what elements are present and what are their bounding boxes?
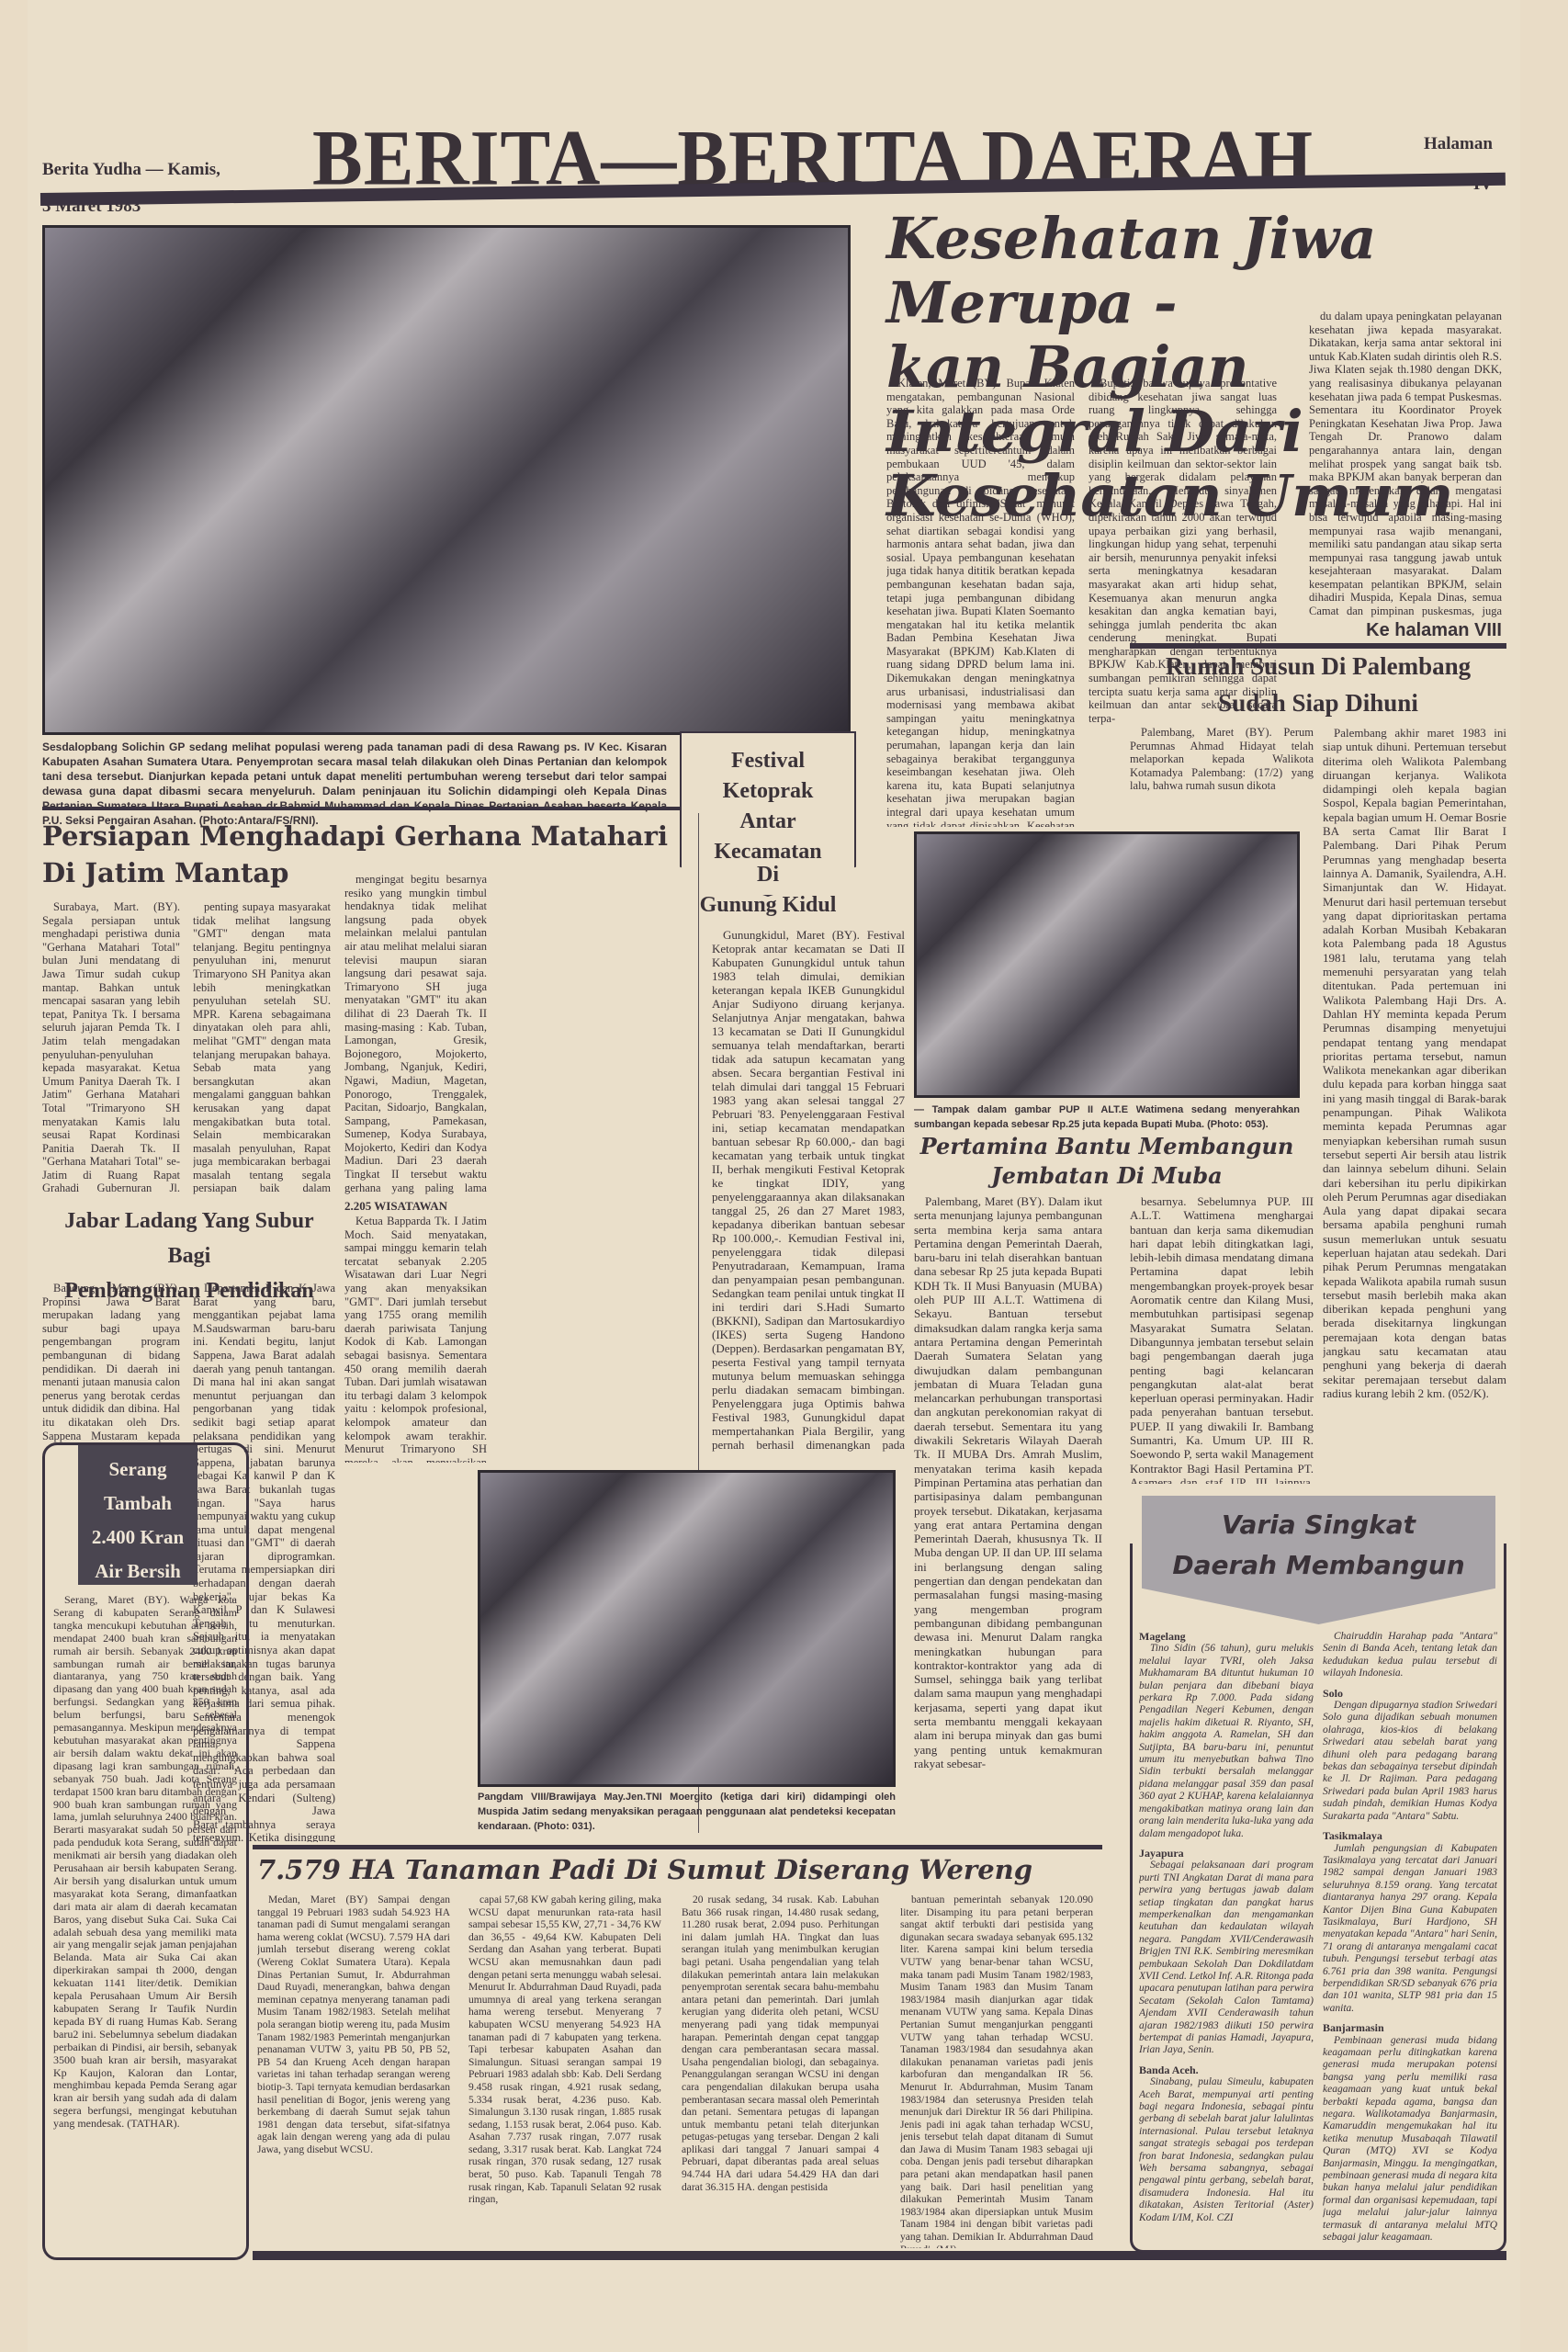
varia-headline-line1: Varia Singkat bbox=[1142, 1505, 1495, 1545]
varia-col2: Chairuddin Harahap pada "Antara" Senin d… bbox=[1323, 1631, 1497, 2251]
section-rule bbox=[42, 807, 685, 810]
jabar-col1: Bandung, Maret (BY). Propinsi Jawa Barat… bbox=[42, 1282, 180, 1442]
photo-pertamina-caption: — Tampak dalam gambar PUP II ALT.E Watim… bbox=[914, 1102, 1300, 1132]
varia-place-banda-aceh: Banda Aceh. bbox=[1139, 2064, 1314, 2076]
serang-headline-line2: Tambah bbox=[78, 1487, 197, 1521]
kesehatan-col3: du dalam upaya peningkatan pelayanan kes… bbox=[1309, 310, 1502, 617]
newspaper-page: Berita Yudha — Kamis, 3 Maret 1983 BERIT… bbox=[28, 0, 1520, 2352]
rumah-susun-headline-line1: Rumah Susun Di Palembang bbox=[1130, 648, 1506, 684]
wereng-headline: 7.579 HA Tanaman Padi Di Sumut Diserang … bbox=[257, 1851, 1102, 1888]
gerhana-col1: Surabaya, Mart. (BY). Segala persiapan u… bbox=[42, 900, 180, 1194]
serang-headline-line4: Air Bersih bbox=[78, 1555, 197, 1589]
wereng-col1: Medan, Maret (BY) Sampai dengan tanggal … bbox=[257, 1894, 450, 2248]
gerhana-col3: mengingat begitu besarnya resiko yang mu… bbox=[344, 873, 487, 1194]
varia-item: Tino Sidin (56 tahun), guru melukis mela… bbox=[1139, 1643, 1314, 1840]
rumah-susun-headline: Rumah Susun Di Palembang Sudah Siap Dihu… bbox=[1130, 648, 1506, 721]
festival-headline-line6: Gunung Kidul bbox=[680, 890, 856, 921]
serang-headline-line1: Serang bbox=[78, 1453, 197, 1487]
pertamina-col1: Palembang, Maret (BY). Dalam ikut serta … bbox=[914, 1194, 1102, 1828]
rumah-susun-col2: Palembang akhir maret 1983 ini siap untu… bbox=[1323, 726, 1506, 1475]
gerhana-headline-line1: Persiapan Menghadapi Gerhana Matahari bbox=[42, 818, 676, 854]
serang-headline: Serang Tambah 2.400 Kran Air Bersih bbox=[78, 1445, 197, 1585]
photo-pertamina-handover bbox=[914, 831, 1300, 1098]
photo-pangdam-demo bbox=[478, 1470, 896, 1787]
varia-place-banjarmasin: Banjarmasin bbox=[1323, 2022, 1497, 2034]
festival-headline-line5: Di bbox=[680, 860, 856, 890]
page-label: Halaman bbox=[1424, 124, 1493, 164]
wereng-col4: bantuan pemerintah sebanyak 120.090 lite… bbox=[900, 1894, 1093, 2248]
varia-col1: Magelang Tino Sidin (56 tahun), guru mel… bbox=[1139, 1631, 1314, 2251]
section-rule bbox=[253, 1845, 1102, 1849]
varia-item: Pembinaan generasi muda bidang keagamaan… bbox=[1323, 2035, 1497, 2245]
rumah-susun-col1: Palembang, Maret (BY). Perum Perumnas Ah… bbox=[1130, 726, 1314, 799]
festival-body: Gunungkidul, Maret (BY). Festival Ketopr… bbox=[712, 928, 905, 1452]
varia-item: Chairuddin Harahap pada "Antara" Senin d… bbox=[1323, 1631, 1497, 1680]
varia-place-tasikmalaya: Tasikmalaya bbox=[1323, 1830, 1497, 1842]
serang-headline-line3: 2.400 Kran bbox=[78, 1521, 197, 1555]
gerhana-subhead: 2.205 WISATAWAN bbox=[344, 1199, 447, 1214]
varia-place-magelang: Magelang bbox=[1139, 1631, 1314, 1643]
page-number: Halaman IV bbox=[1424, 124, 1493, 205]
pertamina-headline: Pertamina Bantu Membangun Jembatan Di Mu… bbox=[919, 1132, 1295, 1191]
rumah-susun-headline-line2: Sudah Siap Dihuni bbox=[1130, 684, 1506, 721]
continued-link[interactable]: Ke halaman VIII bbox=[1314, 620, 1502, 641]
pertamina-headline-line1: Pertamina Bantu Membangun bbox=[919, 1132, 1295, 1161]
dateline-publication: Berita Yudha — Kamis, bbox=[42, 152, 220, 188]
photo-wereng-caption: Sesdalopbang Solichin GP sedang melihat … bbox=[42, 740, 667, 828]
varia-item: Sebagai pelaksanaan dari program purti T… bbox=[1139, 1860, 1314, 2057]
pertamina-col2: besarnya. Sebelumnya PUP. III A.L.T. Wat… bbox=[1130, 1194, 1314, 1484]
photo-pangdam-caption: Pangdam VIII/Brawijaya May.Jen.TNI Moerg… bbox=[478, 1790, 896, 1834]
wereng-col3: 20 rusak sedang, 34 rusak. Kab. Labuhan … bbox=[682, 1894, 879, 2248]
gerhana-col3b: Ketua Bapparda Tk. I Jatim Moch. Said me… bbox=[344, 1215, 487, 1463]
wereng-col2: capai 57,68 KW gabah kering giling, maka… bbox=[468, 1894, 661, 2248]
varia-item: Jumlah pengungsian di Kabupaten Tasikmal… bbox=[1323, 1843, 1497, 2016]
varia-place-jayapura: Jayapura bbox=[1139, 1848, 1314, 1860]
varia-headline-line2: Daerah Membangun bbox=[1142, 1545, 1495, 1586]
pertamina-headline-line2: Jembatan Di Muba bbox=[919, 1161, 1295, 1191]
festival-headline-text: .... Di Gunung Kidul bbox=[680, 726, 856, 933]
varia-item: Sinabang, pulau Simeulu, kabupaten Aceh … bbox=[1139, 2076, 1314, 2224]
gerhana-col2: penting supaya masyarakat tidak melihat … bbox=[193, 900, 331, 1194]
serang-body: Serang, Maret (BY). Warga kota Serang di… bbox=[53, 1594, 237, 2246]
varia-place-solo: Solo bbox=[1323, 1688, 1497, 1700]
varia-item: Dengan dipugarnya stadion Sriwedari Solo… bbox=[1323, 1700, 1497, 1823]
jabar-headline-line1: Jabar Ladang Yang Subur Bagi bbox=[42, 1204, 336, 1273]
kesehatan-col1: Klaten, Maret (BY). Bupati Klaten mengat… bbox=[886, 377, 1075, 827]
dateline: Berita Yudha — Kamis, 3 Maret 1983 bbox=[42, 152, 220, 225]
photo-wereng-field bbox=[42, 225, 851, 735]
